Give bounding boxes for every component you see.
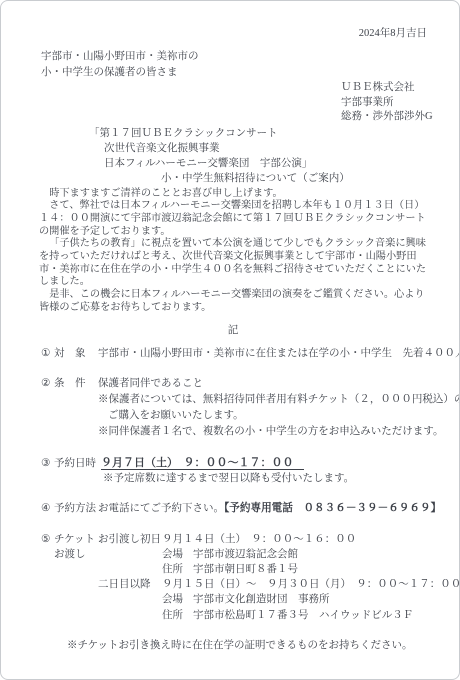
reservation-phone-number: 【予約専用電話 ０８３６－３９－６９６９】 xyxy=(224,502,441,514)
item-condition-text: 保護者同伴であること xyxy=(98,378,203,389)
paragraph-concert-info: さて、弊社では日本フィルハーモニー交響楽団を招聘し本年も１０月１３日（日）１４：… xyxy=(39,200,427,238)
item-condition-number: ② xyxy=(41,376,54,392)
item-ticket-label-2: お渡し xyxy=(41,547,98,562)
ticket-first-day-label: お引渡し初日 xyxy=(98,532,162,547)
ticket-second-day-venue-row: 会場宇部市文化創造財団 事務所 xyxy=(162,592,460,607)
body-paragraphs: 時下ますますご清祥のこととお喜び申し上げます。 さて、弊社では日本フィルハーモニ… xyxy=(39,188,427,315)
item-condition: ②条 件保護者同伴であること ※保護者については、無料招待同伴者用有料チケット（… xyxy=(41,376,427,440)
spacer xyxy=(98,592,162,607)
title-line-3: 日本フィルハーモニー交響楽団 宇部公演」 xyxy=(104,156,427,171)
item-target-label: 対 象 xyxy=(54,346,98,361)
ticket-second-day-venue: 宇部市文化創造財団 事務所 xyxy=(193,594,330,605)
ticket-second-day-label: 二日目以降 xyxy=(98,577,162,592)
addressee-line-1: 宇部市・山陽小野田市・美祢市の xyxy=(41,49,427,65)
ticket-first-day-address: 宇部市朝日町８番１号 xyxy=(193,564,298,575)
footer-note: ※チケットお引き換え時に在住在学の証明できるものをお持ちください。 xyxy=(67,639,427,653)
item-ticket-number: ⑤ xyxy=(41,532,54,547)
item-reservation-datetime-number: ③ xyxy=(41,456,54,471)
addressee-block: 宇部市・山陽小野田市・美祢市の 小・中学生の保護者の皆さま xyxy=(41,49,427,81)
ticket-first-day-venue-row: 会場宇部市渡辺翁記念会館 xyxy=(162,547,460,562)
title-line-2: 次世代音楽文化振興事業 xyxy=(104,141,427,156)
item-reservation-datetime-value: ９月７日（土） ９：００～１７：００ xyxy=(101,457,304,470)
item-target: ①対 象宇部市・山陽小野田市・美祢市に在住または在学の小・中学生 先着４００人 xyxy=(41,346,427,361)
address-label: 住所 xyxy=(162,610,183,621)
item-condition-note-ticket-cont: ご購入をお願いいたします。 xyxy=(108,408,427,424)
title-line-4: 小・中学生無料招待について（ご案内） xyxy=(161,171,427,186)
sender-company: ＵＢＥ株式会社 xyxy=(341,81,427,96)
item-reservation-method: ④予約方法お電話にてご予約下さい。【予約専用電話 ０８３６－３９－６９６９】 xyxy=(41,501,427,516)
sender-group: 総務・渉外部渉外G xyxy=(341,110,427,125)
item-condition-note-multiple: ※同伴保護者１名で、複数名の小・中学生の方をお申込みいただけます。 xyxy=(98,424,427,440)
document-page: 2024年8月吉日 宇部市・山陽小野田市・美祢市の 小・中学生の保護者の皆さま … xyxy=(0,0,460,680)
title-block: 「第１７回ＵＢＥクラシックコンサート 次世代音楽文化振興事業 日本フィルハーモニ… xyxy=(39,126,427,186)
item-condition-label: 条 件 xyxy=(54,376,98,392)
item-reservation-method-number: ④ xyxy=(41,501,54,516)
spacer xyxy=(98,547,162,562)
item-ticket-label-1: チケット xyxy=(54,534,95,545)
ticket-second-day-address: 宇部市松島町１７番３号 ハイウッドビル３Ｆ xyxy=(193,610,413,621)
address-label: 住所 xyxy=(162,564,183,575)
item-ticket-handover: ⑤チケット お引渡し初日 ９月１４日（土） ９：００～１６：００ お渡し 会場宇… xyxy=(41,532,427,623)
ticket-first-day-venue: 宇部市渡辺翁記念会館 xyxy=(193,549,298,560)
title-line-1: 「第１７回ＵＢＥクラシックコンサート xyxy=(89,126,427,141)
ticket-second-day-datetime: ９月１５日（日）～ ９月３０日（月） ９：００～１７：００ xyxy=(162,577,460,592)
spacer xyxy=(98,608,162,623)
addressee-line-2: 小・中学生の保護者の皆さま xyxy=(41,65,427,81)
item-condition-row: ②条 件保護者同伴であること xyxy=(41,376,427,392)
item-ticket-label-row1: ⑤チケット xyxy=(41,532,98,547)
venue-label: 会場 xyxy=(162,549,183,560)
item-condition-note-ticket: ※保護者については、無料招待同伴者用有料チケット（２，０００円税込）の xyxy=(98,392,427,408)
spacer xyxy=(41,592,98,607)
spacer xyxy=(41,608,98,623)
item-reservation-datetime-note: ※予定席数に達するまで翌日以降も受付いたします。 xyxy=(103,471,427,486)
paragraph-greeting: 時下ますますご清祥のこととお喜び申し上げます。 xyxy=(39,188,427,201)
item-reservation-datetime: ③予約日時９月７日（土） ９：００～１７：００ ※予定席数に達するまで翌日以降も… xyxy=(41,456,427,486)
ticket-first-day-datetime: ９月１４日（土） ９：００～１６：００ xyxy=(162,532,460,547)
spacer xyxy=(41,577,98,592)
spacer xyxy=(41,562,98,577)
item-reservation-method-text: お電話にてご予約下さい。 xyxy=(98,503,224,514)
item-reservation-datetime-label: 予約日時 xyxy=(54,456,98,471)
sender-block: ＵＢＥ株式会社 宇部事業所 総務・渉外部渉外G xyxy=(341,81,427,125)
spacer xyxy=(98,562,162,577)
paragraph-closing: 是非、この機会に日本フィルハーモニー交響楽団の演奏をご鑑賞ください。心より皆様の… xyxy=(39,289,427,314)
ki-heading: 記 xyxy=(39,324,427,338)
venue-label: 会場 xyxy=(162,594,183,605)
document-date: 2024年8月吉日 xyxy=(39,27,427,40)
item-reservation-method-label: 予約方法 xyxy=(54,501,98,516)
sender-office: 宇部事業所 xyxy=(341,96,427,111)
ticket-first-day-address-row: 住所宇部市朝日町８番１号 xyxy=(162,562,460,577)
item-reservation-datetime-row: ③予約日時９月７日（土） ９：００～１７：００ xyxy=(41,456,427,471)
paragraph-invitation-purpose: 「子供たちの教育」に視点を置いて本公演を通じて少しでもクラシック音楽に興味を持っ… xyxy=(39,238,427,289)
item-target-text: 宇部市・山陽小野田市・美祢市に在住または在学の小・中学生 先着４００人 xyxy=(98,348,460,359)
item-target-number: ① xyxy=(41,346,54,361)
ticket-second-day-address-row: 住所宇部市松島町１７番３号 ハイウッドビル３Ｆ xyxy=(162,608,460,623)
